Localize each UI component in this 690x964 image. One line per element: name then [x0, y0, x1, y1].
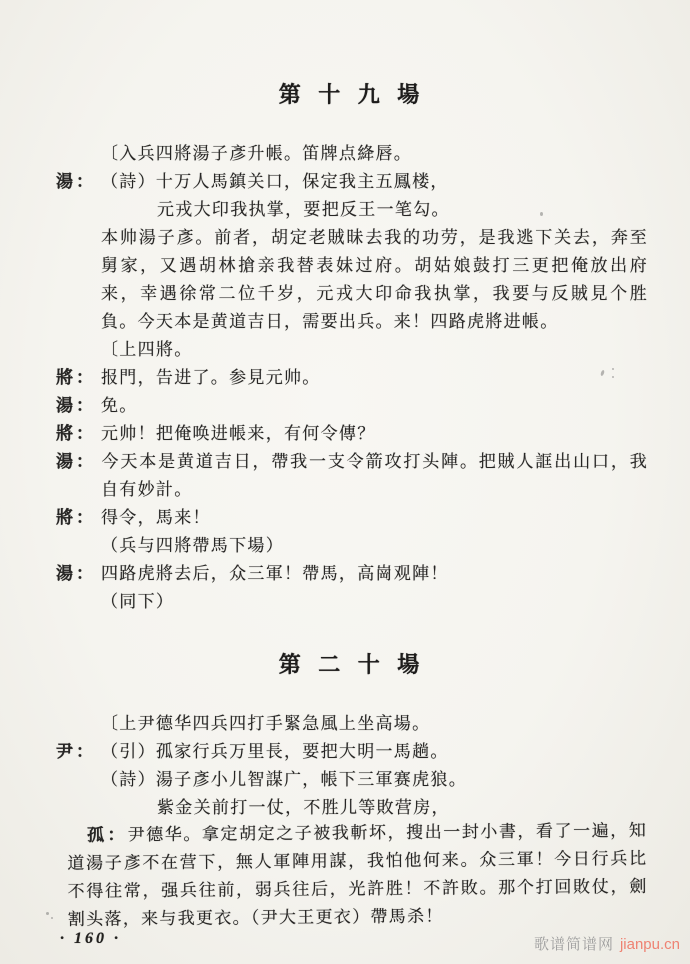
continuation-line: （兵与四將帶馬下場） — [56, 532, 648, 560]
scan-artifact — [540, 212, 543, 216]
watermark: 歌谱简谱网jianpu.cn — [534, 933, 680, 954]
speaker-label: 湯： — [56, 448, 101, 476]
line-text: 紫金关前打一仗，不胜儿等敗营房， — [157, 798, 450, 817]
dialogue-line: 將：报門，告进了。参見元帅。 — [56, 364, 648, 392]
verse-line: 元戎大印我执掌，要把反王一笔勾。 — [56, 196, 648, 224]
stage-direction: 〔上尹德华四兵四打手緊急風上坐高場。 — [56, 710, 648, 738]
line-text: 〔入兵四將湯子彥升帳。笛牌点絳唇。 — [101, 144, 412, 163]
line-text: 〔上四將。 — [101, 340, 193, 359]
page-content: 第 十 九 場〔入兵四將湯子彥升帳。笛牌点絳唇。湯：（詩）十万人馬鎮关口，保定我… — [56, 80, 648, 964]
scan-artifact — [46, 912, 49, 915]
dialogue-line: 將：元帅！把俺唤进帳来，有何令傳？ — [56, 420, 648, 448]
line-text: 元戎大印我执掌，要把反王一笔勾。 — [157, 200, 450, 219]
stage-direction: 〔入兵四將湯子彥升帳。笛牌点絳唇。 — [56, 140, 648, 168]
page-number: · 160 · — [60, 930, 121, 948]
line-text: 尹德华。拿定胡定之子被我斬坏，搜出一封小書，看了一遍，知道湯子彥不在营下，無人軍… — [67, 821, 647, 929]
continuation-line: 〔上四將。 — [56, 336, 648, 364]
continuation-line: 本帅湯子彥。前者，胡定老賊昧去我的功劳，是我逃下关去，奔至舅家，又遇胡林搶亲我替… — [56, 224, 648, 336]
line-text: （詩）湯子彥小儿智謀广，帳下三軍赛虎狼。 — [101, 770, 467, 789]
dialogue-line: 湯：四路虎將去后，众三軍！帶馬，高崗观陣！ — [56, 560, 648, 588]
speaker-label: 將： — [56, 364, 101, 392]
dialogue-line: 尹：（引）孤家行兵万里長，要把大明一馬趟。 — [56, 738, 648, 766]
line-text: 本帅湯子彥。前者，胡定老賊昧去我的功劳，是我逃下关去，奔至舅家，又遇胡林搶亲我替… — [101, 228, 648, 331]
scanned-script-page: 第 十 九 場〔入兵四將湯子彥升帳。笛牌点絳唇。湯：（詩）十万人馬鎮关口，保定我… — [0, 0, 690, 964]
dialogue-line: 將：得令，馬来！ — [56, 504, 648, 532]
line-text: （兵与四將帶馬下場） — [101, 536, 284, 555]
scene: 第 十 九 場〔入兵四將湯子彥升帳。笛牌点絳唇。湯：（詩）十万人馬鎮关口，保定我… — [56, 80, 648, 616]
line-text: 免。 — [101, 396, 138, 415]
speaker-label: 將： — [56, 420, 101, 448]
scene: 第 二 十 場〔上尹德华四兵四打手緊急風上坐高場。尹：（引）孤家行兵万里長，要把… — [56, 650, 648, 934]
scan-artifact — [51, 917, 53, 919]
line-text: 元帅！把俺唤进帳来，有何令傳？ — [101, 424, 376, 443]
line-text: （同下） — [101, 592, 174, 611]
dialogue-line: 湯：（詩）十万人馬鎮关口，保定我主五鳳楼， — [56, 168, 648, 196]
speaker-label: 將： — [56, 504, 101, 532]
scan-artifact — [612, 368, 614, 370]
speaker-label: 孤： — [87, 825, 128, 844]
continuation-line: （同下） — [56, 588, 648, 616]
line-text: （引）孤家行兵万里長，要把大明一馬趟。 — [101, 742, 449, 761]
line-text: 今天本是黄道吉日，帶我一支令箭攻打头陣。把賊人誆出山口，我自有妙計。 — [101, 452, 648, 499]
watermark-site-url: jianpu.cn — [620, 936, 680, 953]
continuation-line: （詩）湯子彥小儿智謀广，帳下三軍赛虎狼。 — [56, 766, 648, 794]
speaker-label: 尹： — [56, 738, 101, 766]
line-text: 四路虎將去后，众三軍！帶馬，高崗观陣！ — [101, 564, 449, 583]
watermark-site-name: 歌谱简谱网 — [534, 936, 614, 953]
dialogue-line: 湯：今天本是黄道吉日，帶我一支令箭攻打头陣。把賊人誆出山口，我自有妙計。 — [56, 448, 648, 504]
speaker-label: 湯： — [56, 560, 101, 588]
dialogue-line: 湯：免。 — [56, 392, 648, 420]
line-text: 〔上尹德华四兵四打手緊急風上坐高場。 — [101, 714, 430, 733]
line-text: （詩）十万人馬鎮关口，保定我主五鳳楼， — [101, 172, 449, 191]
line-text: 报門，告进了。参見元帅。 — [101, 368, 321, 387]
scan-artifact — [612, 376, 614, 378]
scene-title: 第 十 九 場 — [56, 80, 648, 110]
speaker-label: 湯： — [56, 392, 101, 420]
dialogue-line: 孤：尹德华。拿定胡定之子被我斬坏，搜出一封小書，看了一遍，知道湯子彥不在营下，無… — [55, 817, 648, 934]
scene-title: 第 二 十 場 — [56, 650, 648, 680]
speaker-label: 湯： — [56, 168, 101, 196]
line-text: 得令，馬来！ — [101, 508, 211, 527]
